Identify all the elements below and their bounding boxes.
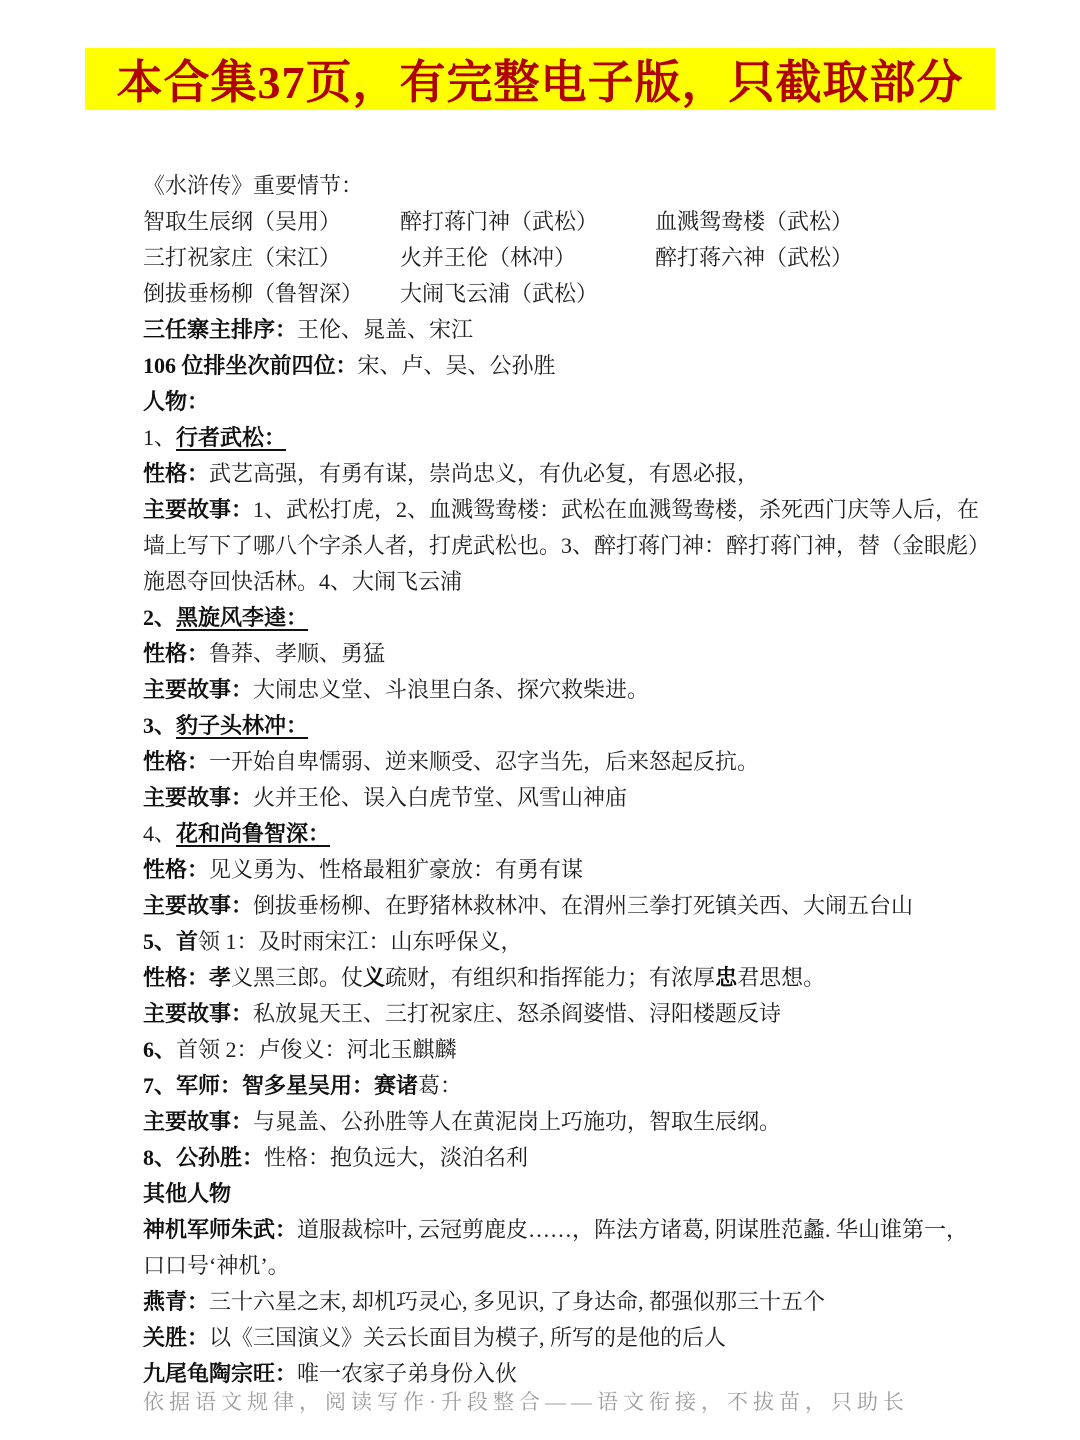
text-line: 性格：武艺高强，有勇有谋，崇尚忠义，有仇必复，有恩必报， <box>143 456 943 492</box>
text-run: 墙上写下了哪八个字杀人者，打虎武松也。3、醉打蒋门神：醉打蒋门神，替（金眼彪） <box>143 533 990 558</box>
promo-banner: 本合集37页，有完整电子版，只截取部分 <box>85 48 995 110</box>
promo-banner-text: 本合集37页，有完整电子版，只截取部分 <box>117 46 964 112</box>
text-line: 4、花和尚鲁智深： <box>143 816 943 852</box>
footer-slogan: 依据语文规律，阅读写作·升段整合——语文衔接，不拔苗，只助长 <box>143 1386 1003 1416</box>
text-line: 5、首领 1：及时雨宋江：山东呼保义， <box>143 924 943 960</box>
text-label: 7、军师：智多星吴用：赛诸 <box>143 1073 418 1098</box>
text-label: 主要故事： <box>143 1109 253 1134</box>
text-label: 关胜： <box>143 1325 209 1350</box>
text-line: 神机军师朱武：道服裁棕叶, 云冠剪鹿皮……，阵法方诸葛, 阴谋胜范蠡. 华山谁第… <box>143 1212 943 1248</box>
document-body: 《水浒传》重要情节：智取生辰纲（吴用）醉打蒋门神（武松）血溅鸳鸯楼（武松）三打祝… <box>143 168 943 1392</box>
text-line: 三任寨主排序：王伦、晁盖、宋江 <box>143 312 943 348</box>
text-label: 3、 <box>143 713 176 738</box>
text-line: 3、豹子头林冲： <box>143 708 943 744</box>
text-run: 私放晁天王、三打祝家庄、怒杀阎婆惜、浔阳楼题反诗 <box>253 1001 781 1026</box>
text-run: 1、武松打虎，2、血溅鸳鸯楼：武松在血溅鸳鸯楼，杀死西门庆等人后，在 <box>253 497 979 522</box>
text-label: 2、 <box>143 605 176 630</box>
text-run: 性格：抱负远大，淡泊名利 <box>264 1145 528 1170</box>
text-line: 1、行者武松： <box>143 420 943 456</box>
text-label: 忠 <box>715 965 737 990</box>
plot-item: 智取生辰纲（吴用） <box>143 204 400 240</box>
text-line: 燕青：三十六星之末, 却机巧灵心, 多见识, 了身达命, 都强似那三十五个 <box>143 1284 943 1320</box>
plot-row: 智取生辰纲（吴用）醉打蒋门神（武松）血溅鸳鸯楼（武松） <box>143 204 943 240</box>
text-label: 黑旋风李逵： <box>176 605 308 630</box>
text-label: 豹子头林冲： <box>176 713 308 738</box>
text-run: 疏财，有组织和指挥能力；有浓厚 <box>385 965 715 990</box>
text-line: 主要故事：1、武松打虎，2、血溅鸳鸯楼：武松在血溅鸳鸯楼，杀死西门庆等人后，在 <box>143 492 943 528</box>
text-label: 花和尚鲁智深： <box>176 821 330 846</box>
text-line: 性格：鲁莽、孝顺、勇猛 <box>143 636 943 672</box>
text-run: 倒拔垂杨柳、在野猪林救林冲、在渭州三拳打死镇关西、大闹五台山 <box>253 893 913 918</box>
text-label: 5、首 <box>143 929 198 954</box>
text-run: 鲁莽、孝顺、勇猛 <box>209 641 385 666</box>
plot-item: 倒拔垂杨柳（鲁智深） <box>143 276 400 312</box>
plot-item: 血溅鸳鸯楼（武松） <box>655 204 943 240</box>
text-line: 主要故事：大闹忠义堂、斗浪里白条、探穴救柴进。 <box>143 672 943 708</box>
text-run: 见义勇为、性格最粗犷豪放：有勇有谋 <box>209 857 583 882</box>
plot-row: 三打祝家庄（宋江）火并王伦（林冲）醉打蒋六神（武松） <box>143 240 943 276</box>
text-run: 领 1：及时雨宋江：山东呼保义， <box>198 929 523 954</box>
text-run: 与晁盖、公孙胜等人在黄泥岗上巧施功，智取生辰纲。 <box>253 1109 781 1134</box>
text-label: 主要故事： <box>143 1001 253 1026</box>
text-line: 106 位排坐次前四位：宋、卢、吴、公孙胜 <box>143 348 943 384</box>
text-label: 人物： <box>143 389 209 414</box>
text-run: 道服裁棕叶, 云冠剪鹿皮……，阵法方诸葛, 阴谋胜范蠡. 华山谁第一， <box>297 1217 968 1242</box>
text-line: 性格：孝义黑三郎。仗义疏财，有组织和指挥能力；有浓厚忠君思想。 <box>143 960 943 996</box>
text-run: 葛： <box>418 1073 462 1098</box>
text-line: 主要故事：火并王伦、误入白虎节堂、风雪山神庙 <box>143 780 943 816</box>
text-line: 其他人物 <box>143 1176 943 1212</box>
plot-item: 火并王伦（林冲） <box>400 240 655 276</box>
text-label: 行者武松： <box>176 425 286 450</box>
text-label: 8、公孙胜： <box>143 1145 264 1170</box>
text-label: 三任寨主排序： <box>143 317 297 342</box>
text-label: 燕青： <box>143 1289 209 1314</box>
text-label: 主要故事： <box>143 785 253 810</box>
text-run: 大闹忠义堂、斗浪里白条、探穴救柴进。 <box>253 677 649 702</box>
text-run: 火并王伦、误入白虎节堂、风雪山神庙 <box>253 785 627 810</box>
text-line: 8、公孙胜：性格：抱负远大，淡泊名利 <box>143 1140 943 1176</box>
plot-item: 醉打蒋门神（武松） <box>400 204 655 240</box>
text-run: 王伦、晁盖、宋江 <box>297 317 473 342</box>
text-run: 施恩夺回快活林。4、大闹飞云浦 <box>143 569 462 594</box>
text-label: 性格： <box>143 461 209 486</box>
text-line: 2、黑旋风李逵： <box>143 600 943 636</box>
plot-item: 大闹飞云浦（武松） <box>400 276 655 312</box>
plot-item <box>655 276 943 312</box>
text-label: 神机军师朱武： <box>143 1217 297 1242</box>
text-line: 口口号‘神机’。 <box>143 1248 943 1284</box>
text-line: 7、军师：智多星吴用：赛诸葛： <box>143 1068 943 1104</box>
text-run: 三十六星之末, 却机巧灵心, 多见识, 了身达命, 都强似那三十五个 <box>209 1289 825 1314</box>
text-run: 1、 <box>143 425 176 450</box>
text-line: 墙上写下了哪八个字杀人者，打虎武松也。3、醉打蒋门神：醉打蒋门神，替（金眼彪） <box>143 528 943 564</box>
plot-item: 三打祝家庄（宋江） <box>143 240 400 276</box>
text-line: 《水浒传》重要情节： <box>143 168 943 204</box>
text-line: 施恩夺回快活林。4、大闹飞云浦 <box>143 564 943 600</box>
text-run: 武艺高强，有勇有谋，崇尚忠义，有仇必复，有恩必报， <box>209 461 759 486</box>
text-run: 以《三国演义》关云长面目为模子, 所写的是他的后人 <box>209 1325 726 1350</box>
text-label: 性格：孝 <box>143 965 231 990</box>
text-run: 4、 <box>143 821 176 846</box>
text-line: 6、首领 2：卢俊义：河北玉麒麟 <box>143 1032 943 1068</box>
text-label: 九尾龟陶宗旺： <box>143 1361 297 1386</box>
text-label: 主要故事： <box>143 497 253 522</box>
text-line: 人物： <box>143 384 943 420</box>
text-line: 主要故事：与晁盖、公孙胜等人在黄泥岗上巧施功，智取生辰纲。 <box>143 1104 943 1140</box>
text-run: 首领 2：卢俊义：河北玉麒麟 <box>176 1037 457 1062</box>
text-line: 性格：一开始自卑懦弱、逆来顺受、忍字当先，后来怒起反抗。 <box>143 744 943 780</box>
text-run: 一开始自卑懦弱、逆来顺受、忍字当先，后来怒起反抗。 <box>209 749 759 774</box>
text-label: 义 <box>363 965 385 990</box>
text-line: 主要故事：倒拔垂杨柳、在野猪林救林冲、在渭州三拳打死镇关西、大闹五台山 <box>143 888 943 924</box>
text-label: 6、 <box>143 1037 176 1062</box>
plot-row: 倒拔垂杨柳（鲁智深）大闹飞云浦（武松） <box>143 276 943 312</box>
text-run: 君思想。 <box>737 965 825 990</box>
text-line: 性格：见义勇为、性格最粗犷豪放：有勇有谋 <box>143 852 943 888</box>
text-run: 口口号‘神机’。 <box>143 1253 290 1278</box>
text-line: 关胜：以《三国演义》关云长面目为模子, 所写的是他的后人 <box>143 1320 943 1356</box>
text-run: 义黑三郎。仗 <box>231 965 363 990</box>
text-run: 《水浒传》重要情节： <box>143 173 363 198</box>
text-label: 其他人物 <box>143 1181 231 1206</box>
text-label: 性格： <box>143 857 209 882</box>
plot-item: 醉打蒋六神（武松） <box>655 240 943 276</box>
text-line: 主要故事：私放晁天王、三打祝家庄、怒杀阎婆惜、浔阳楼题反诗 <box>143 996 943 1032</box>
text-label: 性格： <box>143 749 209 774</box>
text-label: 主要故事： <box>143 677 253 702</box>
text-run: 唯一农家子弟身份入伙 <box>297 1361 517 1386</box>
text-label: 主要故事： <box>143 893 253 918</box>
text-label: 106 位排坐次前四位： <box>143 353 358 378</box>
text-run: 宋、卢、吴、公孙胜 <box>358 353 556 378</box>
text-label: 性格： <box>143 641 209 666</box>
